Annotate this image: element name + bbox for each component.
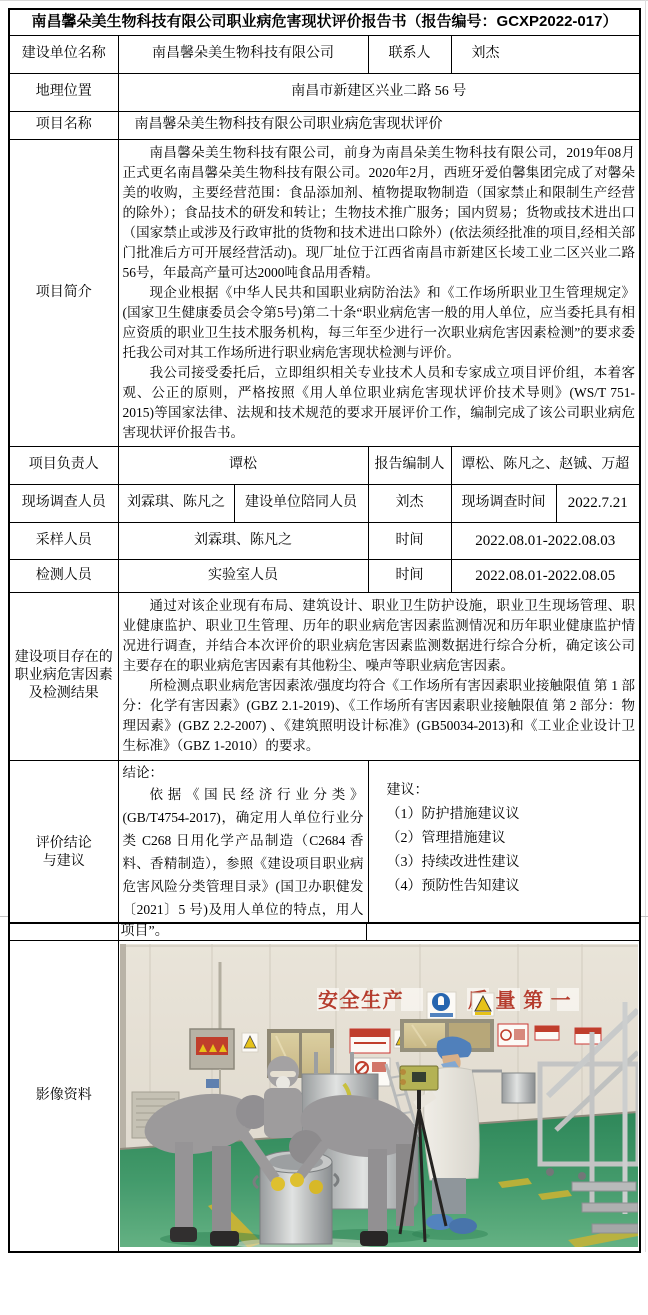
suggestion-item-3: （3）持续改进性建议 <box>387 851 634 875</box>
project-intro-label: 项目简介 <box>9 139 118 446</box>
site-photo: 安 全 生 产 质 量 第 一 <box>120 944 638 1247</box>
leader-value: 谭松 <box>118 446 368 484</box>
unit-row: 建设单位名称 南昌馨朵美生物科技有限公司 联系人 刘杰 <box>9 35 640 73</box>
photo-label: 影像资料 <box>9 940 118 1252</box>
report-table-page2: 项目”。 影像资料 <box>8 922 641 1253</box>
testing-time-label: 时间 <box>368 559 451 592</box>
continuation-spacer-left <box>9 923 118 940</box>
leader-row: 项目负责人 谭松 报告编制人 谭松、陈凡之、赵铖、万超 <box>9 446 640 484</box>
conclusion-body: 依据《国民经济行业分类》(GB/T4754-2017)，确定用人单位行业分类 C… <box>123 783 364 944</box>
unit-label: 建设单位名称 <box>9 35 118 73</box>
location-label: 地理位置 <box>9 73 118 111</box>
suggestion-item-2: （2）管理措施建议 <box>387 827 634 851</box>
title-row: 南昌馨朵美生物科技有限公司职业病危害现状评价报告书（报告编号：GCXP2022-… <box>9 9 640 35</box>
sampling-time-label: 时间 <box>368 522 451 559</box>
project-intro-content: 南昌馨朵美生物科技有限公司，前身为南昌朵美生物科技有限公司，2019年08月正式… <box>118 139 640 446</box>
suggestion-item-1: （1）防护措施建议议 <box>387 803 634 827</box>
photo-row: 影像资料 <box>9 940 640 1252</box>
continuation-spacer-right <box>366 923 640 940</box>
conclusion-heading: 结论： <box>123 763 364 783</box>
conclusion-continuation-row: 项目”。 <box>9 923 640 940</box>
report-table-page1: 南昌馨朵美生物科技有限公司职业病危害现状评价报告书（报告编号：GCXP2022-… <box>8 8 641 948</box>
hazards-paragraph-2: 所检测点职业病危害因素浓/强度均符合《工作场所有害因素职业接触限值 第 1 部分… <box>123 676 636 756</box>
photo-tint <box>120 944 638 1247</box>
survey-label: 现场调查人员 <box>9 484 118 522</box>
conclusion-content: 结论： 依据《国民经济行业分类》(GB/T4754-2017)，确定用人单位行业… <box>118 760 368 947</box>
page-top-edge <box>0 0 648 1</box>
conclusion-continuation: 项目”。 <box>118 923 366 940</box>
testing-value: 实验室人员 <box>118 559 368 592</box>
suggestions-heading: 建议： <box>387 781 634 801</box>
escort-label: 建设单位陪同人员 <box>234 484 368 522</box>
testing-row: 检测人员 实验室人员 时间 2022.08.01-2022.08.05 <box>9 559 640 592</box>
project-intro-row: 项目简介 南昌馨朵美生物科技有限公司，前身为南昌朵美生物科技有限公司，2019年… <box>9 139 640 446</box>
project-name-label: 项目名称 <box>9 111 118 139</box>
testing-time-value: 2022.08.01-2022.08.05 <box>451 559 640 592</box>
hazards-content: 通过对该企业现有布局、建筑设计、职业卫生防护设施，职业卫生现场管理、职业健康监护… <box>118 592 640 760</box>
escort-value: 刘杰 <box>368 484 451 522</box>
sampling-row: 采样人员 刘霖琪、陈凡之 时间 2022.08.01-2022.08.03 <box>9 522 640 559</box>
project-name-value: 南昌馨朵美生物科技有限公司职业病危害现状评价 <box>118 111 640 139</box>
survey-row: 现场调查人员 刘霖琪、陈凡之 建设单位陪同人员 刘杰 现场调查时间 2022.7… <box>9 484 640 522</box>
hazards-row: 建设项目存在的 职业病危害因素 及检测结果 通过对该企业现有布局、建筑设计、职业… <box>9 592 640 760</box>
sampling-value: 刘霖琪、陈凡之 <box>118 522 368 559</box>
location-row: 地理位置 南昌市新建区兴业二路 56 号 <box>9 73 640 111</box>
hazards-paragraph-1: 通过对该企业现有布局、建筑设计、职业卫生防护设施，职业卫生现场管理、职业健康监护… <box>123 596 636 676</box>
conclusion-row: 评价结论 与建议 结论： 依据《国民经济行业分类》(GB/T4754-2017)… <box>9 760 640 947</box>
survey-time-label: 现场调查时间 <box>451 484 556 522</box>
location-value: 南昌市新建区兴业二路 56 号 <box>118 73 640 111</box>
report-writers-value: 谭松、陈凡之、赵铖、万超 <box>451 446 640 484</box>
intro-paragraph-1: 南昌馨朵美生物科技有限公司，前身为南昌朵美生物科技有限公司，2019年08月正式… <box>123 143 636 283</box>
project-name-row: 项目名称 南昌馨朵美生物科技有限公司职业病危害现状评价 <box>9 111 640 139</box>
contact-value: 刘杰 <box>451 35 640 73</box>
sampling-label: 采样人员 <box>9 522 118 559</box>
sampling-time-value: 2022.08.01-2022.08.03 <box>451 522 640 559</box>
hazards-label: 建设项目存在的 职业病危害因素 及检测结果 <box>9 592 118 760</box>
suggestion-item-4: （4）预防性告知建议 <box>387 875 634 899</box>
suggestions-content: 建议： （1）防护措施建议议 （2）管理措施建议 （3）持续改进性建议 （4）预… <box>368 760 640 947</box>
report-title: 南昌馨朵美生物科技有限公司职业病危害现状评价报告书（报告编号：GCXP2022-… <box>9 9 640 35</box>
intro-paragraph-2: 现企业根据《中华人民共和国职业病防治法》和《工作场所职业卫生管理规定》(国家卫生… <box>123 283 636 363</box>
page-right-edge <box>645 0 646 1252</box>
testing-label: 检测人员 <box>9 559 118 592</box>
survey-value: 刘霖琪、陈凡之 <box>118 484 234 522</box>
contact-label: 联系人 <box>368 35 451 73</box>
intro-paragraph-3: 我公司接受委托后，立即组织相关专业技术人员和专家成立项目评价组，本着客观、公正的… <box>123 363 636 443</box>
unit-value: 南昌馨朵美生物科技有限公司 <box>118 35 368 73</box>
photo-container: 安 全 生 产 质 量 第 一 <box>118 940 640 1252</box>
survey-time-value: 2022.7.21 <box>556 484 640 522</box>
conclusion-label: 评价结论 与建议 <box>9 760 118 947</box>
report-writers-label: 报告编制人 <box>368 446 451 484</box>
leader-label: 项目负责人 <box>9 446 118 484</box>
